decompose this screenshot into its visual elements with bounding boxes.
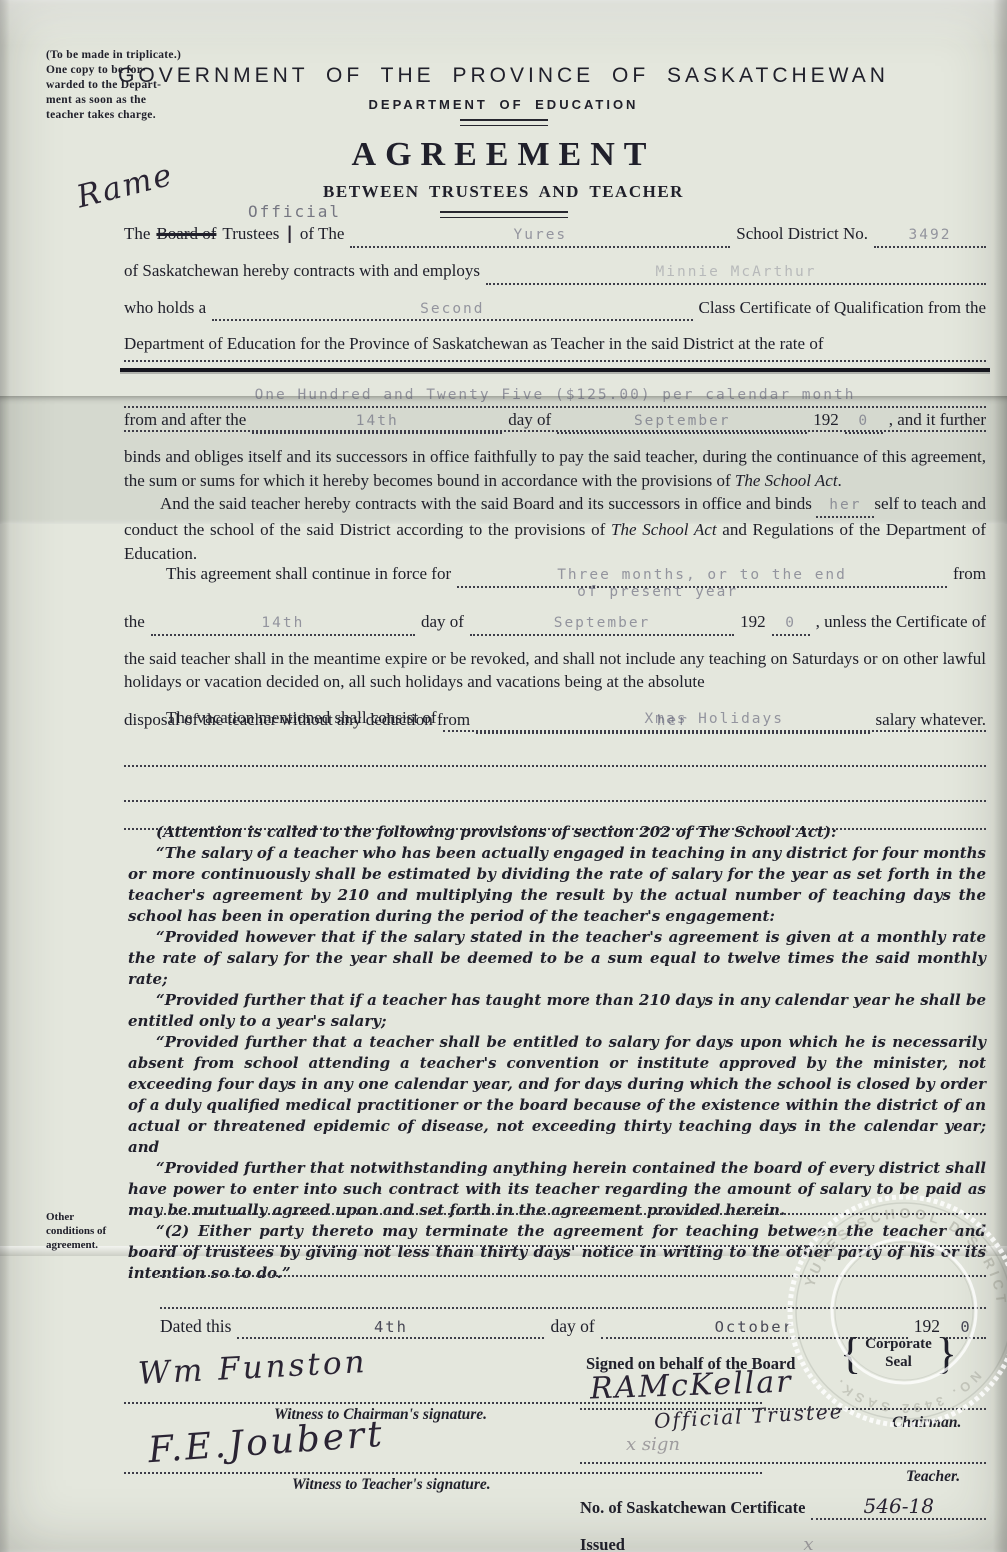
right-brace: } (936, 1336, 957, 1371)
start-month-fill: September (557, 408, 807, 434)
opening-form-lines: The Board of Trustees∣ of The Yures Scho… (124, 222, 986, 432)
provisions-intro: (Attention is called to the following pr… (128, 822, 986, 843)
form-line-trustees: The Board of Trustees∣ of The Yures Scho… (124, 222, 986, 248)
blank-line (124, 765, 986, 767)
duration-fill: Three months, or to the end of present y… (457, 562, 947, 588)
certificate-row: No. of Saskatchewan Certificate 546-18 (580, 1494, 986, 1520)
printed-text: The (124, 222, 150, 246)
certificate-no-fill: 546-18 (811, 1494, 986, 1520)
school-act-italic: The School Act (611, 520, 717, 539)
official-trustee-note: Official Trustee (654, 1399, 845, 1433)
district-name-fill: Yures (350, 222, 730, 248)
heavy-rule (120, 368, 990, 372)
printed-text: This agreement shall continue in force f… (166, 562, 451, 586)
chairman-line (580, 1408, 986, 1410)
district-no-fill: 3492 (874, 222, 986, 248)
double-rule (460, 119, 548, 126)
issued-label: Issued (580, 1535, 625, 1552)
blank-line (160, 1307, 986, 1309)
vacation-section: The vacation mentioned shall consist of … (124, 706, 986, 830)
page-edge-shadow (0, 0, 10, 1552)
witness-teacher-line (124, 1472, 762, 1474)
paper-highlight (0, 0, 1007, 46)
provision-paragraph: “Provided however that if the salary sta… (128, 927, 986, 990)
printed-text: day of (421, 610, 464, 634)
corporate-seal-label: { Corporate Seal } (840, 1336, 957, 1371)
double-rule (440, 211, 568, 218)
start-day-fill: 14th (252, 408, 502, 434)
blank-line (160, 1275, 986, 1277)
page-edge-shadow (993, 0, 1007, 1552)
from-day-fill: 14th (151, 610, 415, 636)
teacher-sign-line (580, 1462, 986, 1464)
struck-board-of: Board of (156, 222, 216, 246)
provision-paragraph: “Provided further that if a teacher has … (128, 990, 986, 1032)
printed-text: , and it further (889, 408, 986, 432)
printed-text: from and after the (124, 408, 246, 432)
from-date-line: the 14th day of September 192 0 , unless… (124, 610, 986, 636)
duration-overflow: of present year (577, 582, 738, 602)
printed-text: of Saskatchewan hereby contracts with an… (124, 259, 480, 283)
printed-text: from (953, 562, 986, 586)
printed-text: Dated this (160, 1316, 231, 1337)
printed-text: of The (300, 222, 345, 246)
printed-text: , unless the Certificate of (816, 610, 986, 634)
scanned-agreement-document: (To be made in triplicate.) One copy to … (0, 0, 1007, 1552)
provision-paragraph: “The salary of a teacher who has been ac… (128, 843, 986, 927)
chairman-signature: RAMcKellar (589, 1364, 793, 1406)
witness-teacher-caption: Witness to Teacher's signature. (292, 1476, 491, 1494)
dated-day-fill: 4th (237, 1316, 544, 1339)
salary-fill: One Hundred and Twenty Five ($125.00) pe… (124, 382, 986, 408)
start-year-fill: 0 (845, 408, 883, 434)
printed-text: 192 (813, 408, 839, 432)
witness-chairman-signature: Wm Funston (137, 1344, 368, 1392)
printed-text: The vacation mentioned shall consist of (166, 706, 437, 730)
other-conditions-label: Other conditions of agreement. (46, 1211, 146, 1252)
school-act-italic: The School Act (735, 471, 838, 490)
printed-text: 192 (740, 610, 766, 634)
paragraph-commencement: from and after the 14th day of September… (124, 408, 986, 492)
duration-body: the said teacher shall in the meantime e… (124, 647, 986, 695)
department-line: DEPARTMENT OF EDUCATION (0, 97, 1007, 112)
vacation-fill: Xmas Holidays (443, 706, 986, 732)
duration-line: This agreement shall continue in force f… (124, 562, 986, 588)
issued-row: Issued x (580, 1534, 986, 1552)
teacher-caption: Teacher. (906, 1468, 960, 1486)
printed-text: the (124, 610, 145, 634)
certificate-class-fill: Second (212, 296, 692, 322)
salary-line: One Hundred and Twenty Five ($125.00) pe… (124, 382, 986, 408)
teacher-name-fill: Minnie McArthur (486, 259, 986, 285)
other-conditions-section: Other conditions of agreement. (160, 1205, 986, 1309)
witness-teacher-signature: F.E.Joubert (147, 1414, 386, 1471)
printed-text: who holds a (124, 296, 206, 320)
printed-text: School District No. (736, 222, 868, 246)
printed-text: day of (508, 408, 551, 432)
form-line-rate: Department of Education for the Province… (124, 332, 986, 362)
from-month-fill: September (470, 610, 734, 636)
printed-text: Class Certificate of Qualification from … (699, 296, 987, 320)
certificate-label: No. of Saskatchewan Certificate (580, 1498, 805, 1518)
pen-mark: ∣ (285, 222, 294, 246)
vacation-line: The vacation mentioned shall consist of … (124, 706, 986, 732)
form-line-employs: of Saskatchewan hereby contracts with an… (124, 259, 986, 285)
government-line: GOVERNMENT OF THE PROVINCE OF SASKATCHEW… (0, 64, 1007, 88)
left-brace: { (840, 1336, 861, 1371)
printed-text: Trustees (222, 222, 279, 246)
form-line-certificate: who holds a Second Class Certificate of … (124, 296, 986, 322)
blank-line (160, 1213, 986, 1215)
printed-text: day of (550, 1316, 594, 1337)
pencil-sign-note: x sign (626, 1434, 680, 1455)
blank-line (160, 1245, 986, 1247)
chairman-caption: Chairman. (892, 1414, 961, 1432)
from-year-fill: 0 (772, 610, 810, 636)
blank-line (124, 800, 986, 802)
issued-fill: x (631, 1534, 986, 1552)
provision-paragraph: “Provided further that a teacher shall b… (128, 1032, 986, 1158)
paragraph-teacher-binds: And the said teacher hereby contracts wi… (124, 492, 986, 565)
commencement-body: binds and obliges itself and its success… (124, 445, 986, 493)
pronoun-fill: her (816, 492, 874, 518)
typed-official: Official (248, 202, 341, 221)
commencement-date-line: from and after the 14th day of September… (124, 408, 986, 434)
